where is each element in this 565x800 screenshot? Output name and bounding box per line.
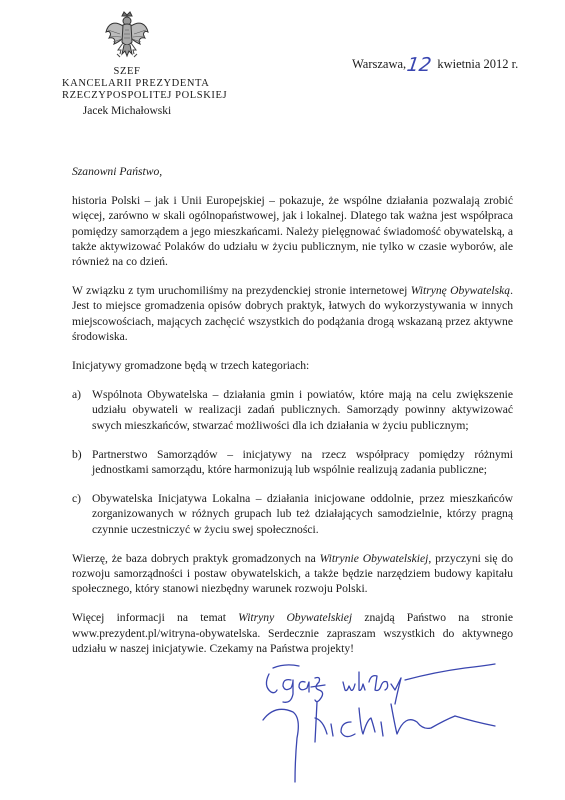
categories-list: a) Wspólnota Obywatelska – działania gmi…: [72, 387, 513, 537]
category-marker: a): [72, 387, 81, 402]
category-item: a) Wspólnota Obywatelska – działania gmi…: [72, 387, 513, 433]
paragraph-2-text: W związku z tym uruchomiliśmy na prezyde…: [72, 284, 411, 297]
letterhead-name: Jacek Michałowski: [62, 104, 192, 119]
letterhead: SZEF KANCELARII PREZYDENTA RZECZYPOSPOLI…: [62, 10, 192, 119]
date-rest: kwietnia 2012 r.: [437, 57, 518, 71]
paragraph-4: Wierzę, że baza dobrych praktyk gromadzo…: [72, 551, 513, 597]
paragraph-5: Więcej informacji na temat Witryny Obywa…: [72, 610, 513, 656]
letter-body: Szanowni Państwo, historia Polski – jak …: [72, 164, 513, 670]
paragraph-4-italic: Witrynie Obywatelskiej: [320, 552, 429, 565]
category-text: Partnerstwo Samorządów – inicjatywy na r…: [92, 448, 513, 476]
category-item: b) Partnerstwo Samorządów – inicjatywy n…: [72, 447, 513, 477]
paragraph-1: historia Polski – jak i Unii Europejskie…: [72, 193, 513, 269]
date-city: Warszawa,: [352, 57, 406, 71]
category-item: c) Obywatelska Inicjatywa Lokalna – dzia…: [72, 491, 513, 537]
letterhead-title-line: SZEF: [62, 66, 192, 78]
salutation: Szanowni Państwo,: [72, 164, 513, 179]
handwritten-signature: [255, 660, 515, 795]
paragraph-3: Inicjatywy gromadzone będą w trzech kate…: [72, 358, 513, 373]
date-day-handwritten: 12: [406, 54, 433, 76]
category-text: Wspólnota Obywatelska – działania gmin i…: [92, 388, 513, 431]
category-marker: b): [72, 447, 82, 462]
eagle-emblem-icon: [104, 10, 150, 62]
category-marker: c): [72, 491, 81, 506]
paragraph-2: W związku z tym uruchomiliśmy na prezyde…: [72, 283, 513, 344]
letterhead-title-line: KANCELARII PREZYDENTA: [62, 78, 192, 90]
letterhead-title-line: RZECZYPOSPOLITEJ POLSKIEJ: [62, 90, 192, 102]
paragraph-5-text: Więcej informacji na temat: [72, 611, 238, 624]
paragraph-5-italic: Witryny Obywatelskiej: [238, 611, 352, 624]
paragraph-4-text: Wierzę, że baza dobrych praktyk gromadzo…: [72, 552, 320, 565]
paragraph-2-italic: Witrynę Obywatelską: [411, 284, 510, 297]
letter-page: SZEF KANCELARII PREZYDENTA RZECZYPOSPOLI…: [0, 0, 565, 800]
date-line: Warszawa,12kwietnia 2012 r.: [352, 54, 518, 76]
category-text: Obywatelska Inicjatywa Lokalna – działan…: [92, 492, 513, 535]
